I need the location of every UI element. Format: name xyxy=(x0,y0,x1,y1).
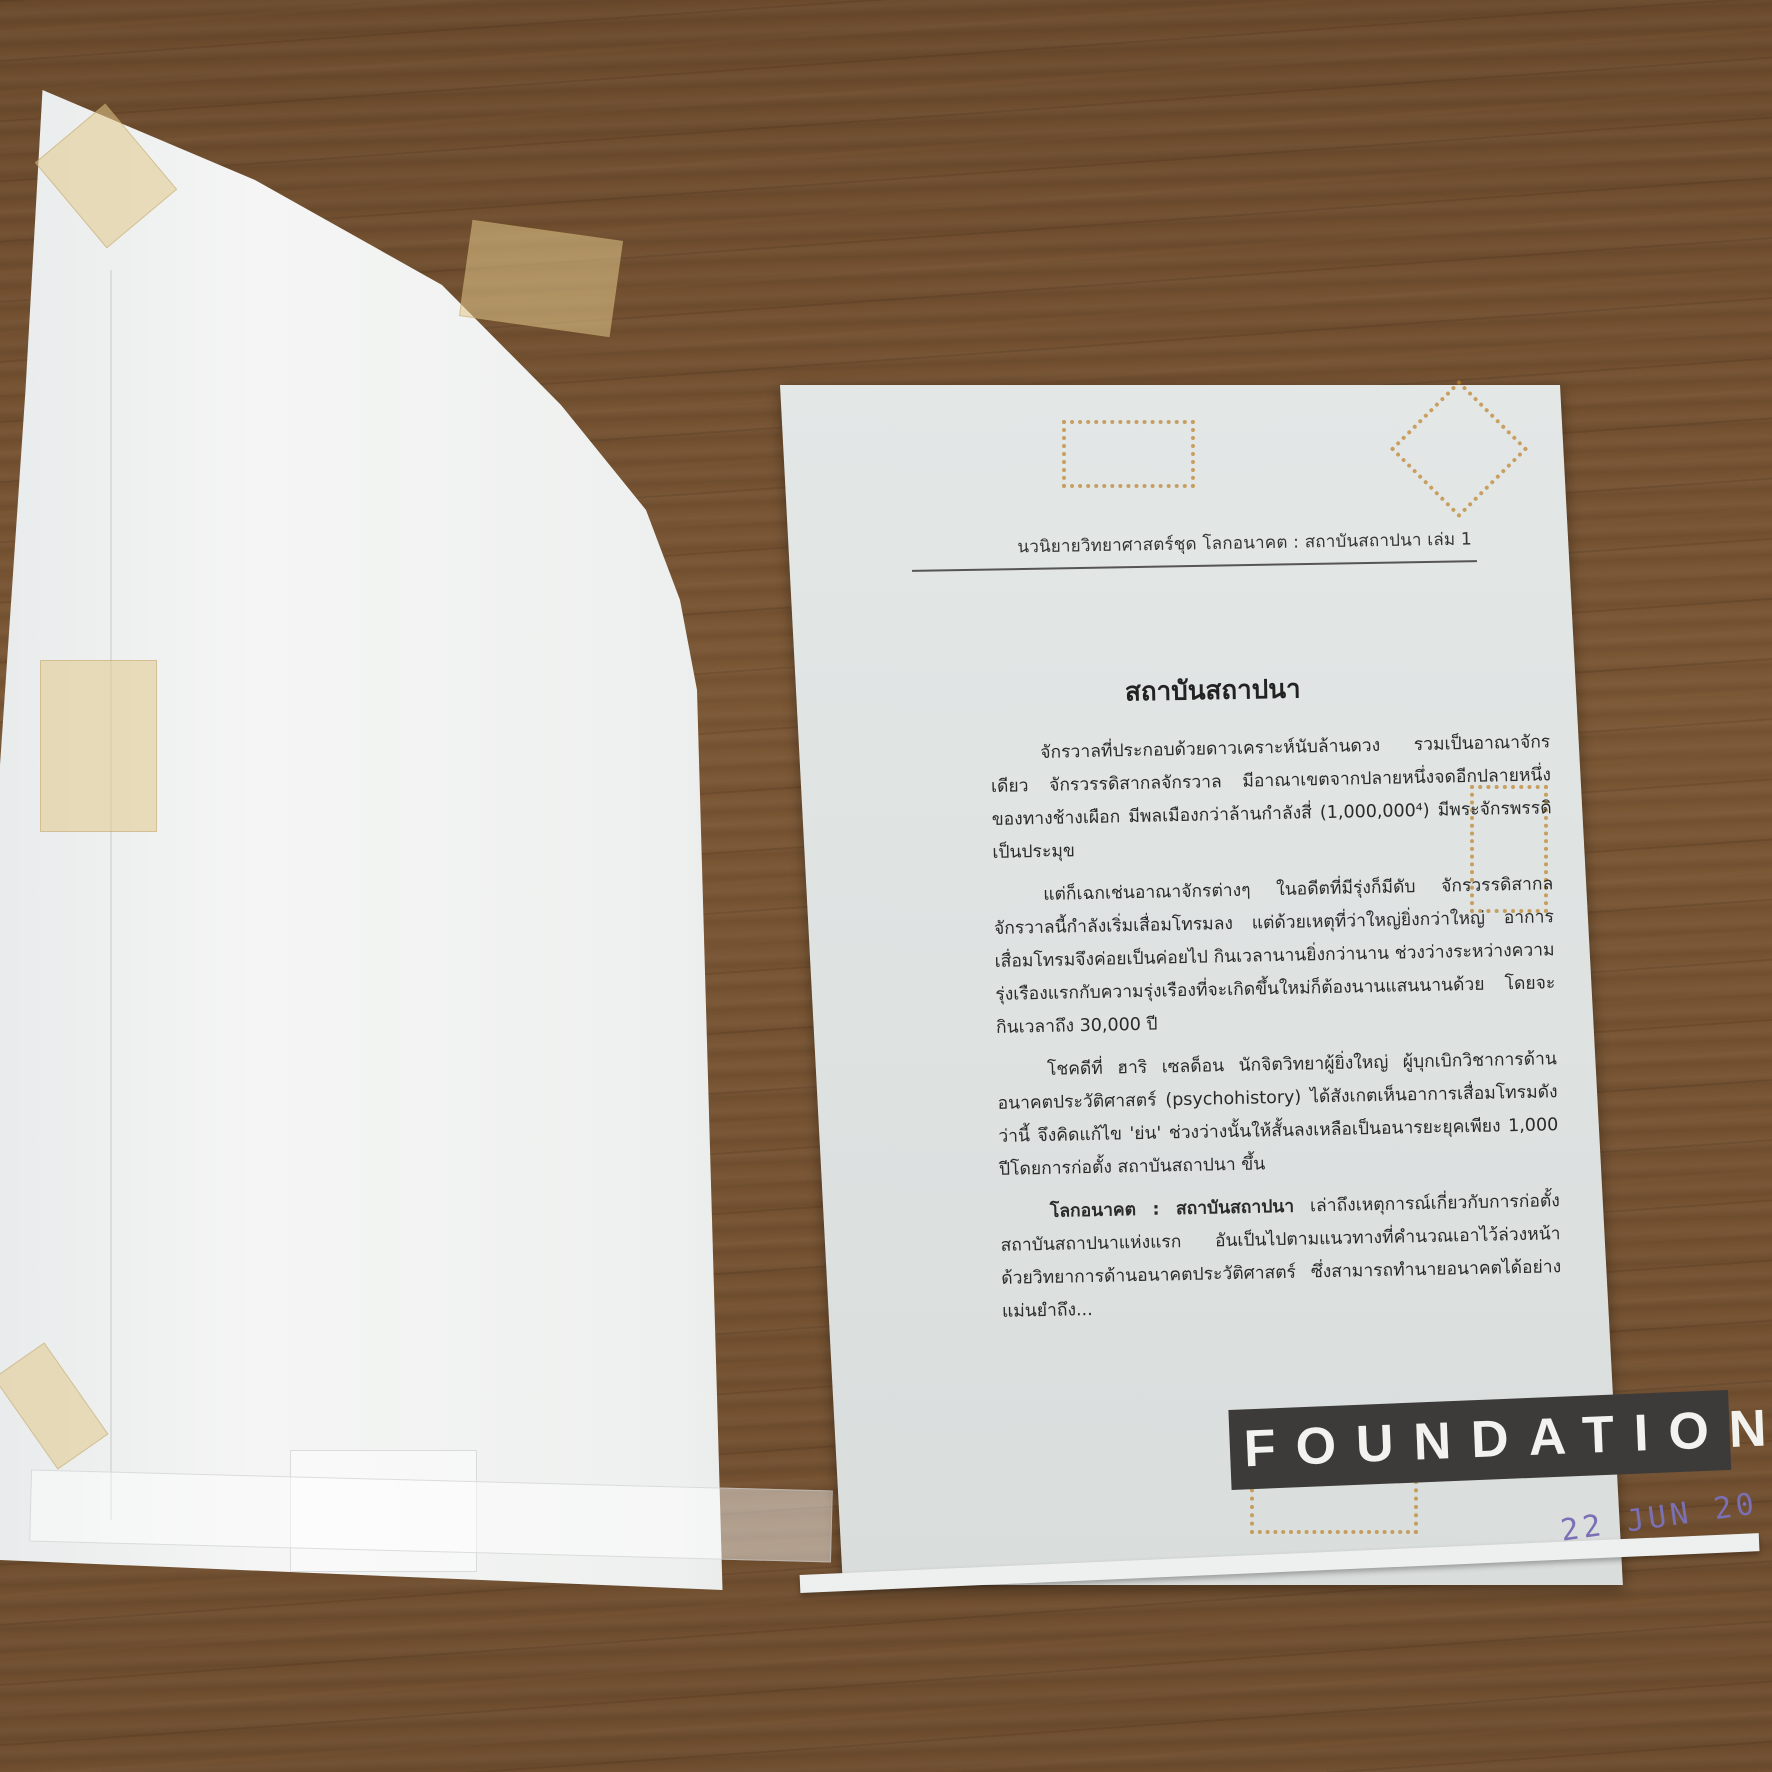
tape-left-middle xyxy=(40,660,157,832)
cover-fold-line xyxy=(110,270,112,1520)
banner-text: FOUNDATION xyxy=(1243,1398,1772,1480)
paragraph: แต่ก็เฉกเช่นอาณาจักรต่างๆ ในอดีตที่มีรุ่… xyxy=(993,868,1556,1045)
chapter-title: สถาบันสถาปนา xyxy=(1125,668,1301,712)
bold-lead: โลกอนาคต : สถาบันสถาปนา xyxy=(1050,1197,1295,1222)
synopsis-text: จักรวาลที่ประกอบด้วยดาวเคราะห์นับล้านดวง… xyxy=(990,726,1562,1339)
paragraph: จักรวาลที่ประกอบด้วยดาวเคราะห์นับล้านดวง… xyxy=(990,726,1553,870)
paragraph: โลกอนาคต : สถาบันสถาปนา เล่าถึงเหตุการณ์… xyxy=(1000,1185,1563,1329)
paragraph: โชคดีที่ ฮาริ เซลด็อน นักจิตวิทยาผู้ยิ่ง… xyxy=(997,1043,1560,1187)
stain-top-rectangle xyxy=(1062,420,1195,488)
tape-top-center xyxy=(459,220,623,337)
